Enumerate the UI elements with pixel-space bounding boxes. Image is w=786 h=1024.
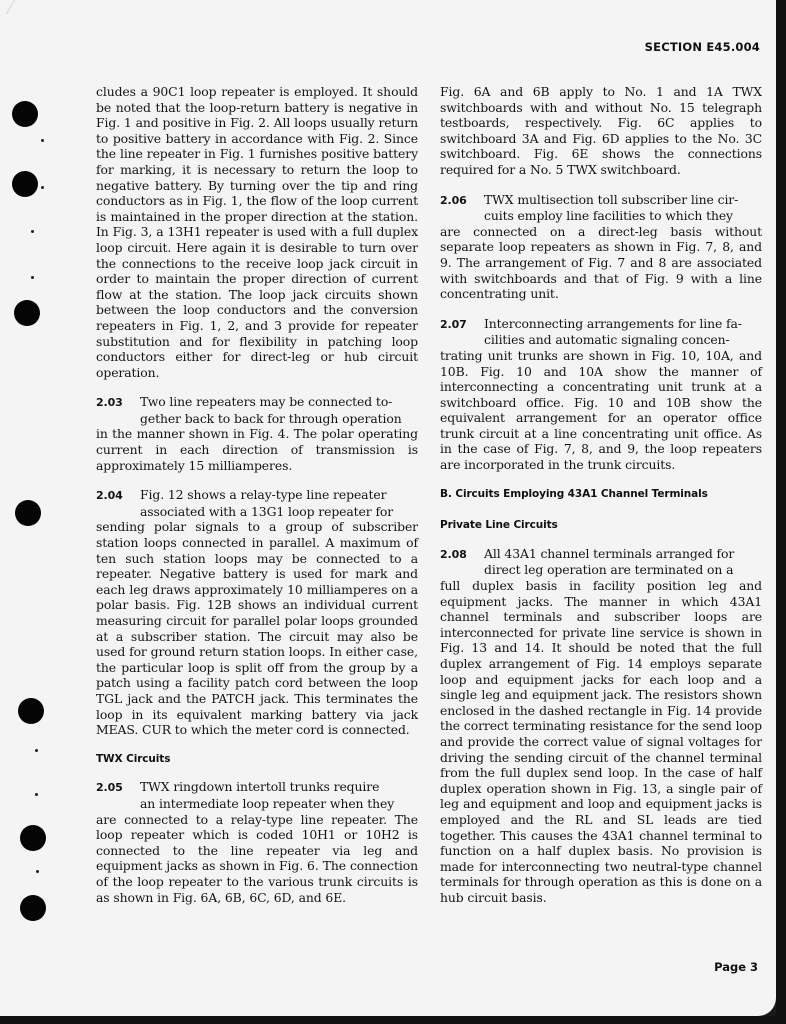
- paragraph-text: Two line repeaters may be connected to-: [140, 394, 392, 409]
- paragraph-number: 2.07: [440, 317, 484, 333]
- scan-speck: [35, 793, 38, 796]
- paragraph-text: Interconnecting arrangements for line fa…: [484, 316, 742, 331]
- paragraph-text: trating unit trunks are shown in Fig. 10…: [440, 348, 762, 472]
- paragraph-2-07: 2.07Interconnecting arrangements for lin…: [440, 316, 762, 473]
- scan-speck: [36, 870, 39, 873]
- paragraph-number: 2.05: [96, 780, 140, 796]
- binder-hole: [20, 825, 46, 851]
- scan-edge-right: [776, 0, 786, 1024]
- paragraph-text: sending polar signals to a group of subs…: [96, 519, 418, 737]
- scan-speck: [31, 276, 34, 279]
- paragraph-text: gether back to back for through operatio…: [96, 411, 418, 427]
- binder-hole: [18, 698, 44, 724]
- twx-circuits-heading: TWX Circuits: [96, 752, 418, 768]
- paragraph-text: in the manner shown in Fig. 4. The polar…: [96, 426, 418, 472]
- paragraph-text: Fig. 12 shows a relay-type line repeater: [140, 487, 386, 502]
- right-column: Fig. 6A and 6B apply to No. 1 and 1A TWX…: [440, 84, 762, 920]
- paragraph-text: are connected on a direct-leg basis with…: [440, 224, 762, 301]
- paragraph-2-03: 2.03Two line repeaters may be connected …: [96, 394, 418, 473]
- binder-hole: [14, 300, 40, 326]
- binder-hole: [20, 895, 46, 921]
- paragraph-number: 2.06: [440, 193, 484, 209]
- binder-hole: [15, 500, 41, 526]
- binder-hole: [12, 171, 38, 197]
- paragraph-2-06: 2.06TWX multisection toll subscriber lin…: [440, 192, 762, 302]
- paragraph-2-05: 2.05TWX ringdown intertoll trunks requir…: [96, 779, 418, 905]
- paragraph-text: direct leg operation are terminated on a: [440, 562, 762, 578]
- paragraph-text: TWX ringdown intertoll trunks require: [140, 779, 379, 794]
- scan-speck: [41, 186, 44, 189]
- paragraph-text: full duplex basis in facility position l…: [440, 578, 762, 905]
- paragraph-text: cuits employ line facilities to which th…: [440, 208, 762, 224]
- paragraph-number: 2.03: [96, 395, 140, 411]
- scan-speck: [35, 749, 38, 752]
- section-header: SECTION E45.004: [600, 40, 760, 54]
- scan-speck: [41, 139, 44, 142]
- left-column: cludes a 90C1 loop repeater is employed.…: [96, 84, 418, 919]
- paragraph-text: an intermediate loop repeater when they: [96, 796, 418, 812]
- section-b-heading: B. Circuits Employing 43A1 Channel Termi…: [440, 487, 762, 503]
- binder-hole: [12, 101, 38, 127]
- continued-paragraph: Fig. 6A and 6B apply to No. 1 and 1A TWX…: [440, 84, 762, 178]
- scan-speck: [31, 230, 34, 233]
- page-number: Page 3: [660, 960, 758, 974]
- paragraph-text: are connected to a relay-type line repea…: [96, 812, 418, 905]
- page-corner-mark: [0, 0, 15, 14]
- paragraph-number: 2.08: [440, 547, 484, 563]
- scan-edge-bottom: [0, 1016, 786, 1024]
- paragraph-text: All 43A1 channel terminals arranged for: [484, 546, 734, 561]
- paragraph-number: 2.04: [96, 488, 140, 504]
- document-page: SECTION E45.004 cludes a 90C1 loop repea…: [0, 0, 776, 1016]
- paragraph-2-04: 2.04Fig. 12 shows a relay-type line repe…: [96, 487, 418, 738]
- continued-paragraph: cludes a 90C1 loop repeater is employed.…: [96, 84, 418, 380]
- private-line-circuits-heading: Private Line Circuits: [440, 518, 762, 534]
- paragraph-text: TWX multisection toll subscriber line ci…: [484, 192, 738, 207]
- paragraph-text: cilities and automatic signaling concen-: [440, 332, 762, 348]
- paragraph-text: associated with a 13G1 loop repeater for: [96, 504, 418, 520]
- paragraph-2-08: 2.08All 43A1 channel terminals arranged …: [440, 546, 762, 906]
